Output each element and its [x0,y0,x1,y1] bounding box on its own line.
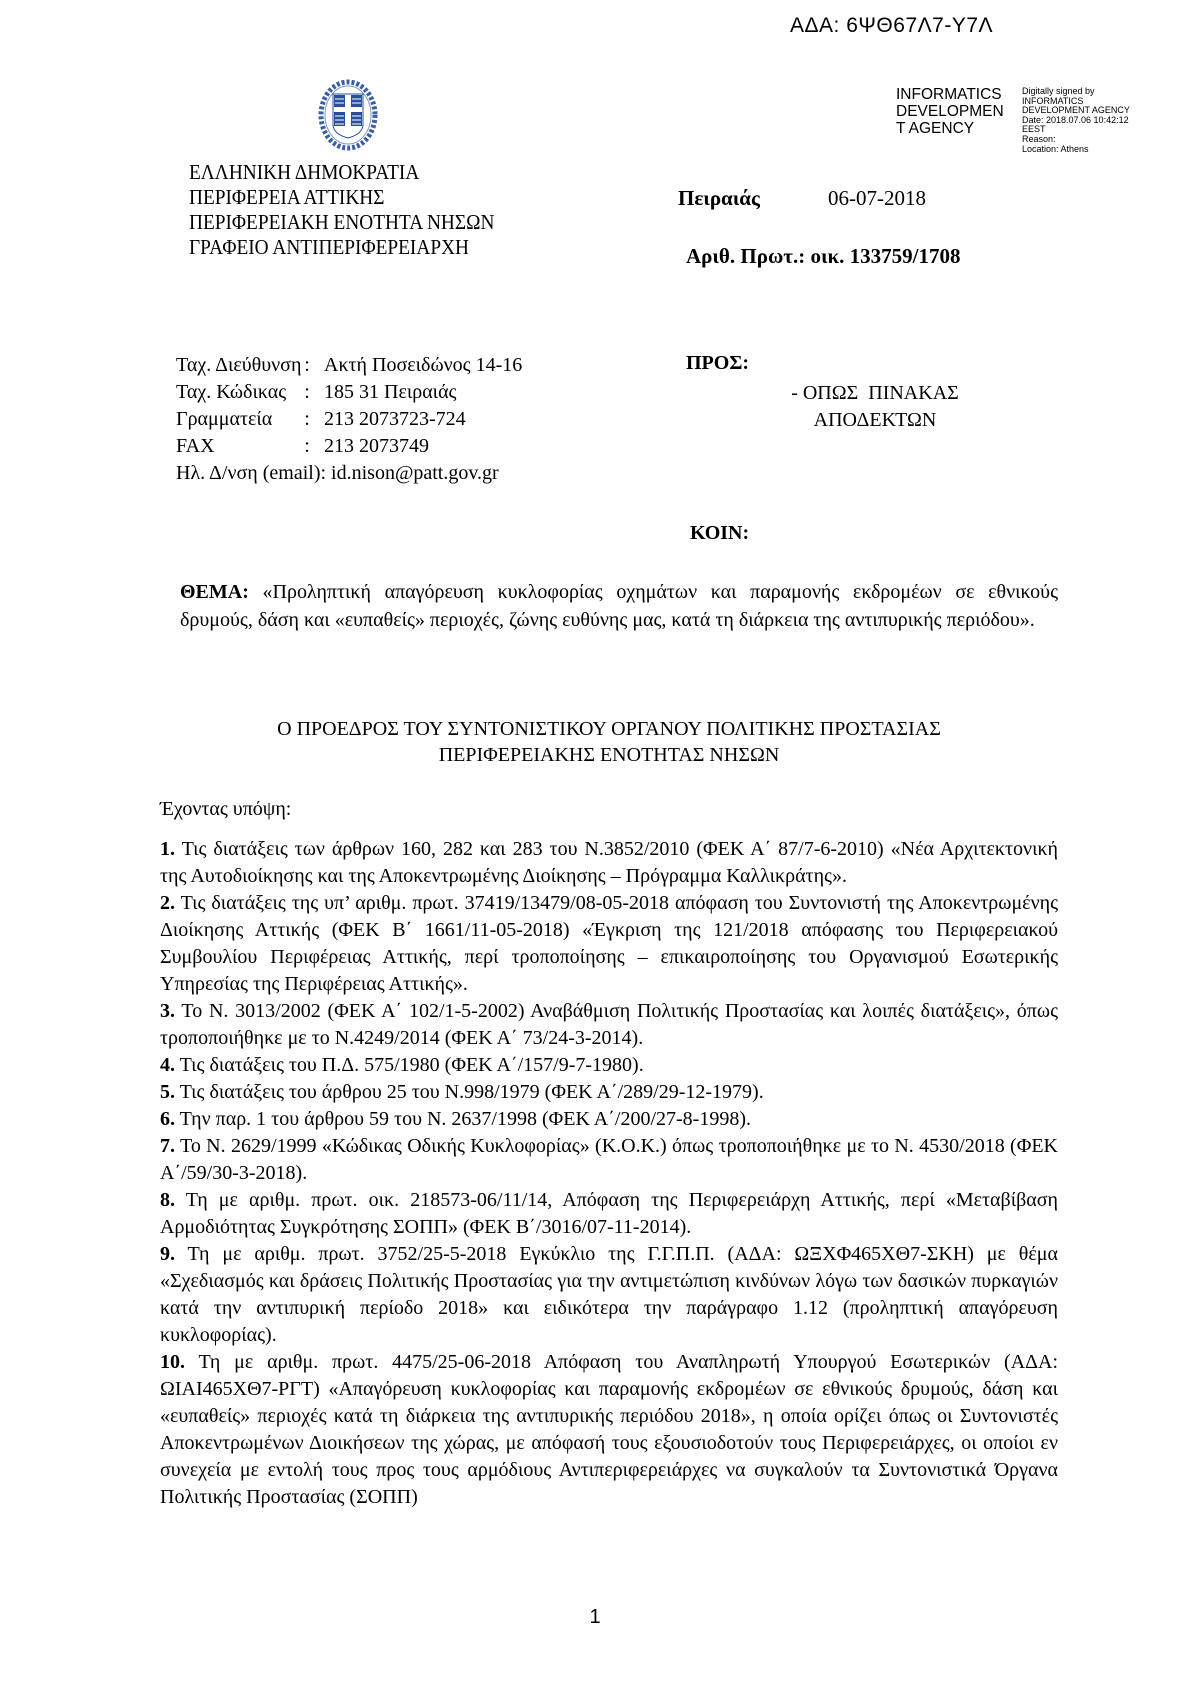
item-text: Το Ν. 2629/1999 «Κώδικας Οδικής Κυκλοφορ… [160,1135,1058,1184]
item-text: Τη με αριθμ. πρωτ. 4475/25-06-2018 Απόφα… [160,1351,1058,1508]
contact-sep: : [290,406,324,433]
cc-label: ΚΟΙΝ: [690,522,749,545]
contact-value: 213 2073723-724 [324,406,466,433]
consideration-item: 2. Τις διατάξεις της υπ’ αριθμ. πρωτ. 37… [160,890,1058,998]
issuer-line: ΠΕΡΙΦΕΡΕΙΑΚΗ ΕΝΟΤΗΤΑ ΝΗΣΩΝ [189,210,494,235]
contact-value: 213 2073749 [324,433,429,460]
consideration-item: 6. Την παρ. 1 του άρθρου 59 του Ν. 2637/… [160,1106,1058,1133]
contact-label: Ταχ. Διεύθυνση [176,352,290,379]
contact-block: Ταχ. Διεύθυνση : Ακτή Ποσειδώνος 14-16 Τ… [176,352,522,487]
item-text: Τις διατάξεις του Π.Δ. 575/1980 (ΦΕΚ Α΄/… [175,1054,644,1076]
page-number: 1 [0,1606,1190,1629]
signature-org-line: INFORMATICS [896,86,1004,103]
subject-label: ΘΕΜΑ: [180,581,249,603]
consideration-item: 9. Τη με αριθμ. πρωτ. 3752/25-5-2018 Εγκ… [160,1241,1058,1349]
consideration-item: 3. Το Ν. 3013/2002 (ΦΕΚ Α΄ 102/1-5-2002)… [160,998,1058,1052]
item-number: 3. [160,1000,175,1022]
title-line: Ο ΠΡΟΕΔΡΟΣ ΤΟΥ ΣΥΝΤΟΝΙΣΤΙΚΟΥ ΟΡΓΑΝΟΥ ΠΟΛ… [160,716,1058,742]
item-number: 4. [160,1054,175,1076]
item-number: 10. [160,1351,185,1373]
protocol-number: Αριθ. Πρωτ.: οικ. 133759/1708 [686,244,960,269]
document-title: Ο ΠΡΟΕΔΡΟΣ ΤΟΥ ΣΥΝΤΟΝΙΣΤΙΚΟΥ ΟΡΓΑΝΟΥ ΠΟΛ… [160,716,1058,768]
subject-text: «Προληπτική απαγόρευση κυκλοφορίας οχημά… [180,581,1058,631]
considerations-list: 1. Τις διατάξεις των άρθρων 160, 282 και… [160,836,1058,1511]
item-text: Τις διατάξεις του άρθρου 25 του Ν.998/19… [175,1081,764,1103]
item-number: 8. [160,1189,175,1211]
recipients-list: - ΟΠΩΣ ΠΙΝΑΚΑΣ ΑΠΟΔΕΚΤΩΝ [760,380,990,434]
issuer-line: ΕΛΛΗΝΙΚΗ ΔΗΜΟΚΡΑΤΙΑ [189,160,494,185]
contact-label: Γραμματεία [176,406,290,433]
contact-label: FAX [176,433,290,460]
item-text: Το Ν. 3013/2002 (ΦΕΚ Α΄ 102/1-5-2002) Αν… [160,1000,1058,1049]
contact-row: Γραμματεία : 213 2073723-724 [176,406,522,433]
item-number: 6. [160,1108,175,1130]
consideration-item: 1. Τις διατάξεις των άρθρων 160, 282 και… [160,836,1058,890]
contact-sep: : [290,379,324,406]
contact-row: Ταχ. Διεύθυνση : Ακτή Ποσειδώνος 14-16 [176,352,522,379]
to-label: ΠΡΟΣ: [686,352,749,375]
item-text: Τη με αριθμ. πρωτ. 3752/25-5-2018 Εγκύκλ… [160,1243,1058,1346]
item-text: Τη με αριθμ. πρωτ. οικ. 218573-06/11/14,… [160,1189,1058,1238]
signature-org-line: T AGENCY [896,120,1004,137]
item-text: Τις διατάξεις των άρθρων 160, 282 και 28… [160,838,1058,887]
ada-code: ΑΔΑ: 6ΨΘ67Λ7-Υ7Λ [790,14,993,38]
consideration-item: 8. Τη με αριθμ. πρωτ. οικ. 218573-06/11/… [160,1187,1058,1241]
recipient-line: ΑΠΟΔΕΚΤΩΝ [760,407,990,434]
consideration-item: 7. Το Ν. 2629/1999 «Κώδικας Οδικής Κυκλο… [160,1133,1058,1187]
subject: ΘΕΜΑ: «Προληπτική απαγόρευση κυκλοφορίας… [180,578,1058,634]
contact-sep: : [290,352,324,379]
signature-org-line: DEVELOPMEN [896,103,1004,120]
greek-coat-of-arms-icon [318,78,378,152]
contact-row: FAX : 213 2073749 [176,433,522,460]
item-text: Την παρ. 1 του άρθρου 59 του Ν. 2637/199… [175,1108,751,1130]
digital-signature-org: INFORMATICS DEVELOPMEN T AGENCY [896,86,1004,137]
place: Πειραιάς [678,186,760,211]
contact-value: 185 31 Πειραιάς [324,379,456,406]
title-line: ΠΕΡΙΦΕΡΕΙΑΚΗΣ ΕΝΟΤΗΤΑΣ ΝΗΣΩΝ [160,742,1058,768]
digital-signature-details: Digitally signed by INFORMATICS DEVELOPM… [1022,87,1130,154]
contact-email[interactable]: id.nison@patt.gov.gr [331,460,499,487]
item-number: 9. [160,1243,175,1265]
item-text: Τις διατάξεις της υπ’ αριθμ. πρωτ. 37419… [160,892,1058,995]
issuer-header: ΕΛΛΗΝΙΚΗ ΔΗΜΟΚΡΑΤΙΑ ΠΕΡΙΦΕΡΕΙΑ ΑΤΤΙΚΗΣ Π… [189,160,494,260]
contact-row: Ηλ. Δ/νση (email) : id.nison@patt.gov.gr [176,460,522,487]
issuer-line: ΠΕΡΙΦΕΡΕΙΑ ΑΤΤΙΚΗΣ [189,185,494,210]
contact-row: Ταχ. Κώδικας : 185 31 Πειραιάς [176,379,522,406]
item-number: 1. [160,838,175,860]
contact-label: Ηλ. Δ/νση (email) [176,460,320,487]
having-regard-heading: Έχοντας υπόψη: [160,798,291,821]
contact-sep: : [320,460,326,487]
contact-label: Ταχ. Κώδικας [176,379,290,406]
item-number: 7. [160,1135,175,1157]
consideration-item: 5. Τις διατάξεις του άρθρου 25 του Ν.998… [160,1079,1058,1106]
item-number: 5. [160,1081,175,1103]
signature-detail-line: Location: Athens [1022,145,1130,155]
recipient-line: - ΟΠΩΣ ΠΙΝΑΚΑΣ [760,380,990,407]
consideration-item: 4. Τις διατάξεις του Π.Δ. 575/1980 (ΦΕΚ … [160,1052,1058,1079]
consideration-item: 10. Τη με αριθμ. πρωτ. 4475/25-06-2018 Α… [160,1349,1058,1511]
item-number: 2. [160,892,175,914]
contact-sep: : [290,433,324,460]
document-date: 06-07-2018 [828,186,926,211]
contact-value: Ακτή Ποσειδώνος 14-16 [324,352,522,379]
issuer-line: ΓΡΑΦΕΙΟ ΑΝΤΙΠΕΡΙΦΕΡΕΙΑΡΧΗ [189,235,494,260]
